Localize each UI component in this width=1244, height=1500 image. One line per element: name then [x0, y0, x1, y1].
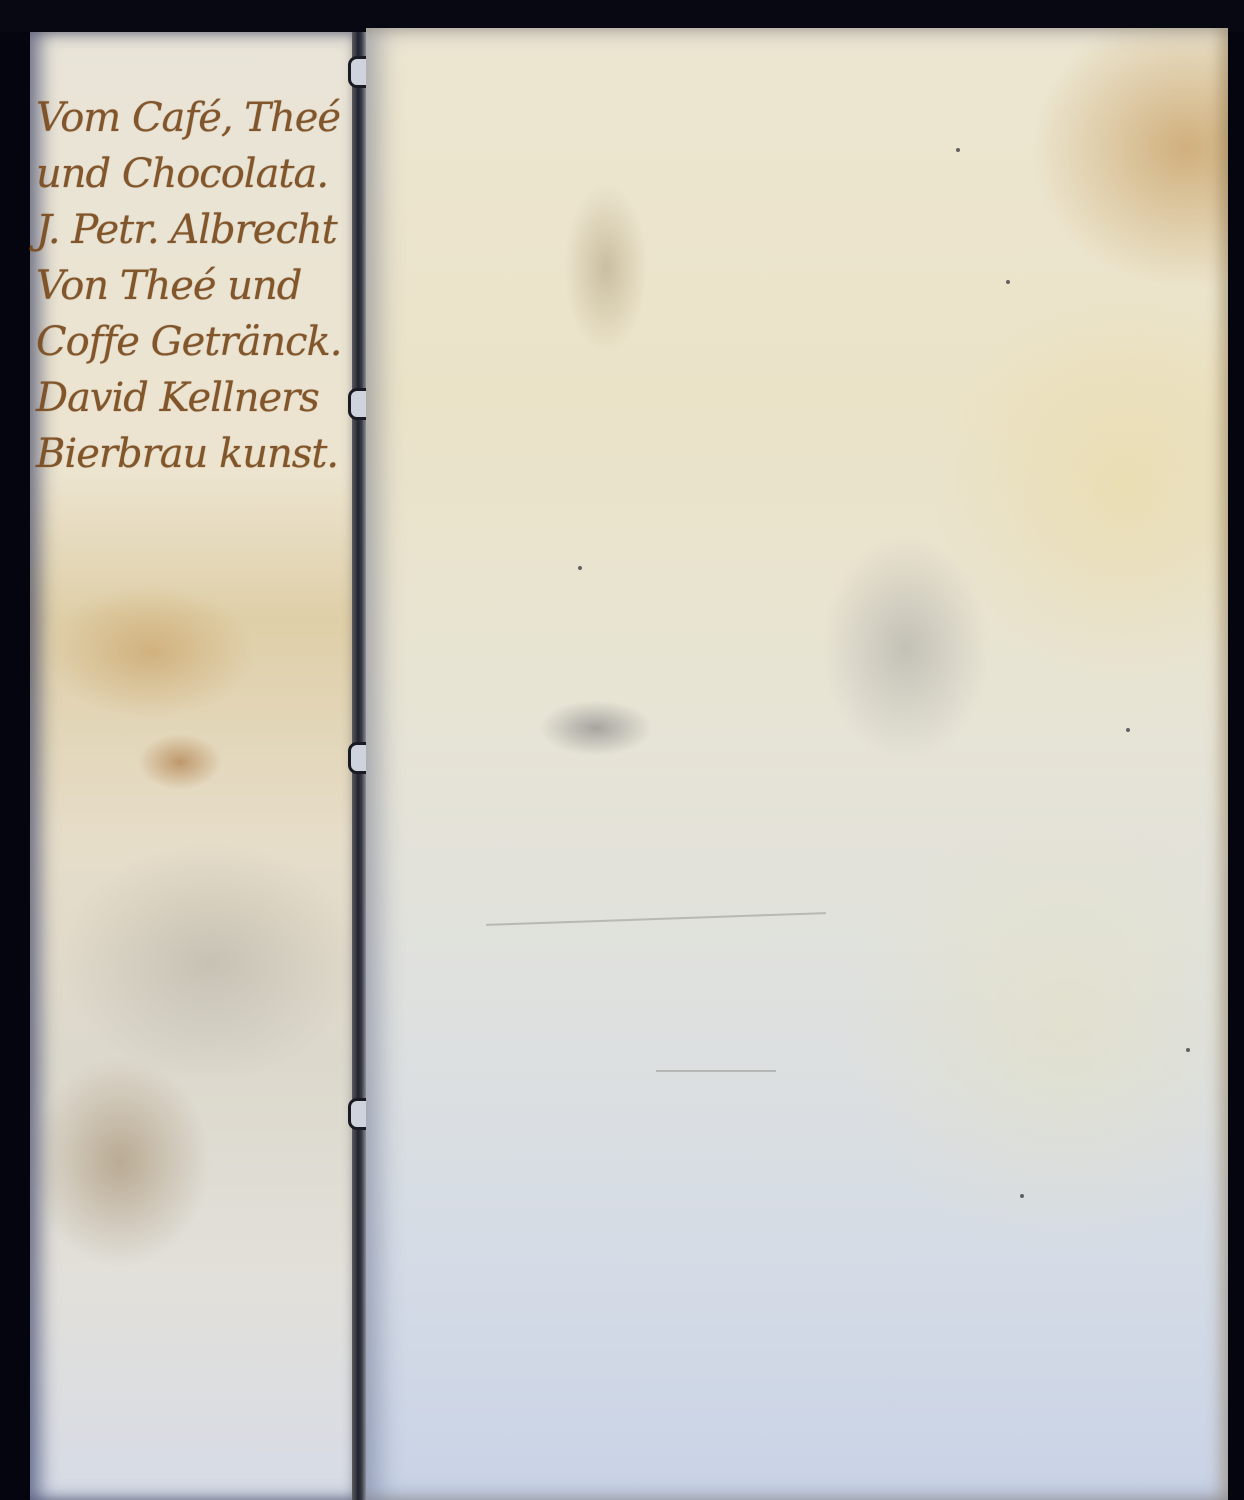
front-cover — [366, 28, 1228, 1500]
stain-speck — [956, 148, 960, 152]
spine-line-7: Bierbrau kunst. — [36, 426, 356, 482]
stain-speck — [1186, 1048, 1190, 1052]
spine-line-3: J. Petr. Albrecht — [36, 202, 356, 258]
vellum-crease — [486, 912, 826, 926]
stain-speck — [578, 566, 582, 570]
spine-line-4: Von Theé und — [36, 258, 356, 314]
stain-speck — [1020, 1194, 1024, 1198]
book-spine: Vom Café, Theé und Chocolata. J. Petr. A… — [30, 32, 358, 1500]
spine-title-block: Vom Café, Theé und Chocolata. J. Petr. A… — [36, 90, 356, 482]
stain-speck — [1006, 280, 1010, 284]
stain-speck — [1126, 728, 1130, 732]
spine-line-2: und Chocolata. — [36, 146, 356, 202]
vellum-crease — [656, 1070, 776, 1072]
spine-line-6: David Kellners — [36, 370, 356, 426]
spine-line-5: Coffe Getränck. — [36, 314, 356, 370]
spine-line-1: Vom Café, Theé — [36, 90, 356, 146]
